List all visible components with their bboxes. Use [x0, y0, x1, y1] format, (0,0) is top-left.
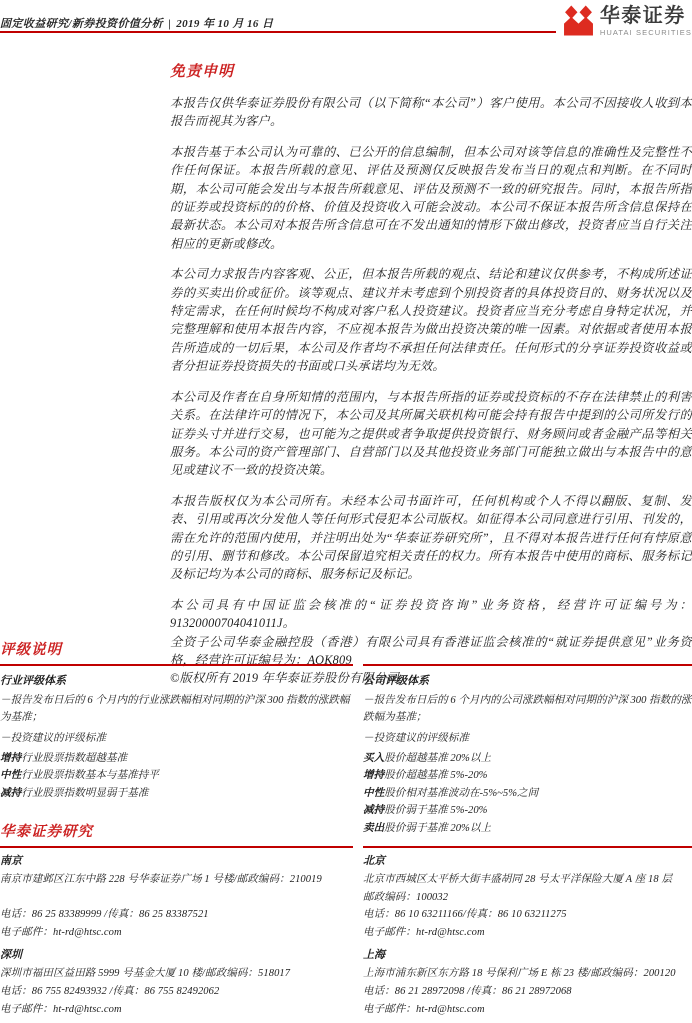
disclaimer-paragraph: 本报告版权仅为本公司所有。未经本公司书面许可，任何机构或个人不得以翻版、复制、发… [170, 492, 692, 584]
huatai-logo: 华泰证券 HUATAI SECURITIES [563, 5, 692, 37]
disclaimer-paragraph: 本公司及作者在自身所知情的范围内，与本报告所指的证券或投资标的不存在法律禁止的利… [170, 388, 692, 480]
report-page: 固定收益研究/新券投资价值分析 | 2019 年 10 月 16 日 华泰证券 … [0, 0, 692, 1023]
huatai-logo-icon [563, 5, 594, 36]
office-address: 北京市西城区太平桥大街丰盛胡同 28 号太平洋保险大厦 A 座 18 层 [363, 871, 692, 889]
research-title: 华泰证券研究 [0, 820, 692, 841]
office-column-left: 南京 南京市建邺区江东中路 228 号华泰证券广场 1 号楼/邮政编码：2100… [0, 846, 353, 1023]
office-city: 北京 [363, 854, 692, 871]
rating-item: 增持股价超越基准 5%-20% [363, 770, 692, 782]
company-rating-column: 公司评级体系 －报告发布日后的 6 个月内的公司涨跌幅相对同期的沪深 300 指… [363, 664, 692, 840]
header-separator: | [166, 18, 173, 30]
disclaimer-paragraph: 本报告基于本公司认为可靠的、已公开的信息编制，但本公司对该等信息的准确性及完整性… [170, 143, 692, 253]
disclaimer-paragraph: 本报告仅供华泰证券股份有限公司（以下简称“本公司”）客户使用。本公司不因接收人收… [170, 94, 692, 131]
office-spacer [0, 889, 353, 907]
industry-rating-heading: 行业评级体系 [0, 672, 353, 688]
report-date: 2019 年 10 月 16 日 [176, 18, 273, 30]
office-email: 电子邮件：ht-rd@htsc.com [363, 1001, 692, 1019]
license-line: 本公司具有中国证监会核准的“证券投资咨询”业务资格，经营许可证编号为：91320… [170, 596, 692, 633]
office-column-right: 北京 北京市西城区太平桥大街丰盛胡同 28 号太平洋保险大厦 A 座 18 层 … [363, 846, 692, 1023]
office-city: 上海 [363, 948, 692, 965]
office-email: 电子邮件：ht-rd@htsc.com [363, 924, 692, 942]
disclaimer-paragraph: 本公司力求报告内容客观、公正，但本报告所载的观点、结论和建议仅供参考，不构成所述… [170, 265, 692, 375]
industry-benchmark: －报告发布日后的 6 个月内的行业涨跌幅相对同期的沪深 300 指数的涨跌幅为基… [0, 693, 353, 726]
office-postal: 邮政编码：100032 [363, 889, 692, 907]
company-standard: －投资建议的评级标准 [363, 731, 692, 748]
rating-item: 中性行业股票指数基本与基准持平 [0, 770, 353, 782]
rating-title: 评级说明 [0, 638, 692, 659]
rating-item: 减持股价弱于基准 5%-20% [363, 805, 692, 817]
header-divider [0, 31, 556, 33]
brand-name-en: HUATAI SECURITIES [600, 28, 692, 37]
report-header: 固定收益研究/新券投资价值分析 | 2019 年 10 月 16 日 [0, 15, 273, 31]
office-city: 深圳 [0, 948, 353, 965]
office-beijing: 北京 北京市西城区太平桥大街丰盛胡同 28 号太平洋保险大厦 A 座 18 层 … [363, 854, 692, 941]
report-type: 固定收益研究/新券投资价值分析 [0, 18, 163, 30]
rating-section: 评级说明 行业评级体系 －报告发布日后的 6 个月内的行业涨跌幅相对同期的沪深 … [0, 638, 692, 840]
office-address: 深圳市福田区益田路 5999 号基金大厦 10 楼/邮政编码：518017 [0, 965, 353, 983]
disclaimer-section: 免责申明 本报告仅供华泰证券股份有限公司（以下简称“本公司”）客户使用。本公司不… [170, 60, 692, 688]
office-address: 南京市建邺区江东中路 228 号华泰证券广场 1 号楼/邮政编码：210019 [0, 871, 353, 889]
office-shenzhen: 深圳 深圳市福田区益田路 5999 号基金大厦 10 楼/邮政编码：518017… [0, 948, 353, 1018]
industry-standard: －投资建议的评级标准 [0, 731, 353, 748]
office-phone: 电话：86 755 82493932 /传真：86 755 82492062 [0, 983, 353, 1001]
office-email: 电子邮件：ht-rd@htsc.com [0, 924, 353, 942]
office-shanghai: 上海 上海市浦东新区东方路 18 号保利广场 E 栋 23 楼/邮政编码：200… [363, 948, 692, 1018]
office-phone: 电话：86 25 83389999 /传真：86 25 83387521 [0, 906, 353, 924]
research-section: 华泰证券研究 南京 南京市建邺区江东中路 228 号华泰证券广场 1 号楼/邮政… [0, 820, 692, 1023]
office-phone: 电话：86 10 63211166/传真：86 10 63211275 [363, 906, 692, 924]
industry-rating-column: 行业评级体系 －报告发布日后的 6 个月内的行业涨跌幅相对同期的沪深 300 指… [0, 664, 353, 840]
office-nanjing: 南京 南京市建邺区江东中路 228 号华泰证券广场 1 号楼/邮政编码：2100… [0, 854, 353, 941]
rating-item: 买入股价超越基准 20%以上 [363, 753, 692, 765]
office-city: 南京 [0, 854, 353, 871]
office-email: 电子邮件：ht-rd@htsc.com [0, 1001, 353, 1019]
company-benchmark: －报告发布日后的 6 个月内的公司涨跌幅相对同期的沪深 300 指数的涨跌幅为基… [363, 693, 692, 726]
rating-item: 增持行业股票指数超越基准 [0, 753, 353, 765]
company-rating-heading: 公司评级体系 [363, 672, 692, 688]
office-address: 上海市浦东新区东方路 18 号保利广场 E 栋 23 楼/邮政编码：200120 [363, 965, 692, 983]
rating-item: 中性股价相对基准波动在-5%~5%之间 [363, 788, 692, 800]
rating-item: 减持行业股票指数明显弱于基准 [0, 788, 353, 800]
brand-name-cn: 华泰证券 [600, 5, 692, 27]
office-phone: 电话：86 21 28972098 /传真：86 21 28972068 [363, 983, 692, 1001]
disclaimer-title: 免责申明 [170, 60, 692, 81]
